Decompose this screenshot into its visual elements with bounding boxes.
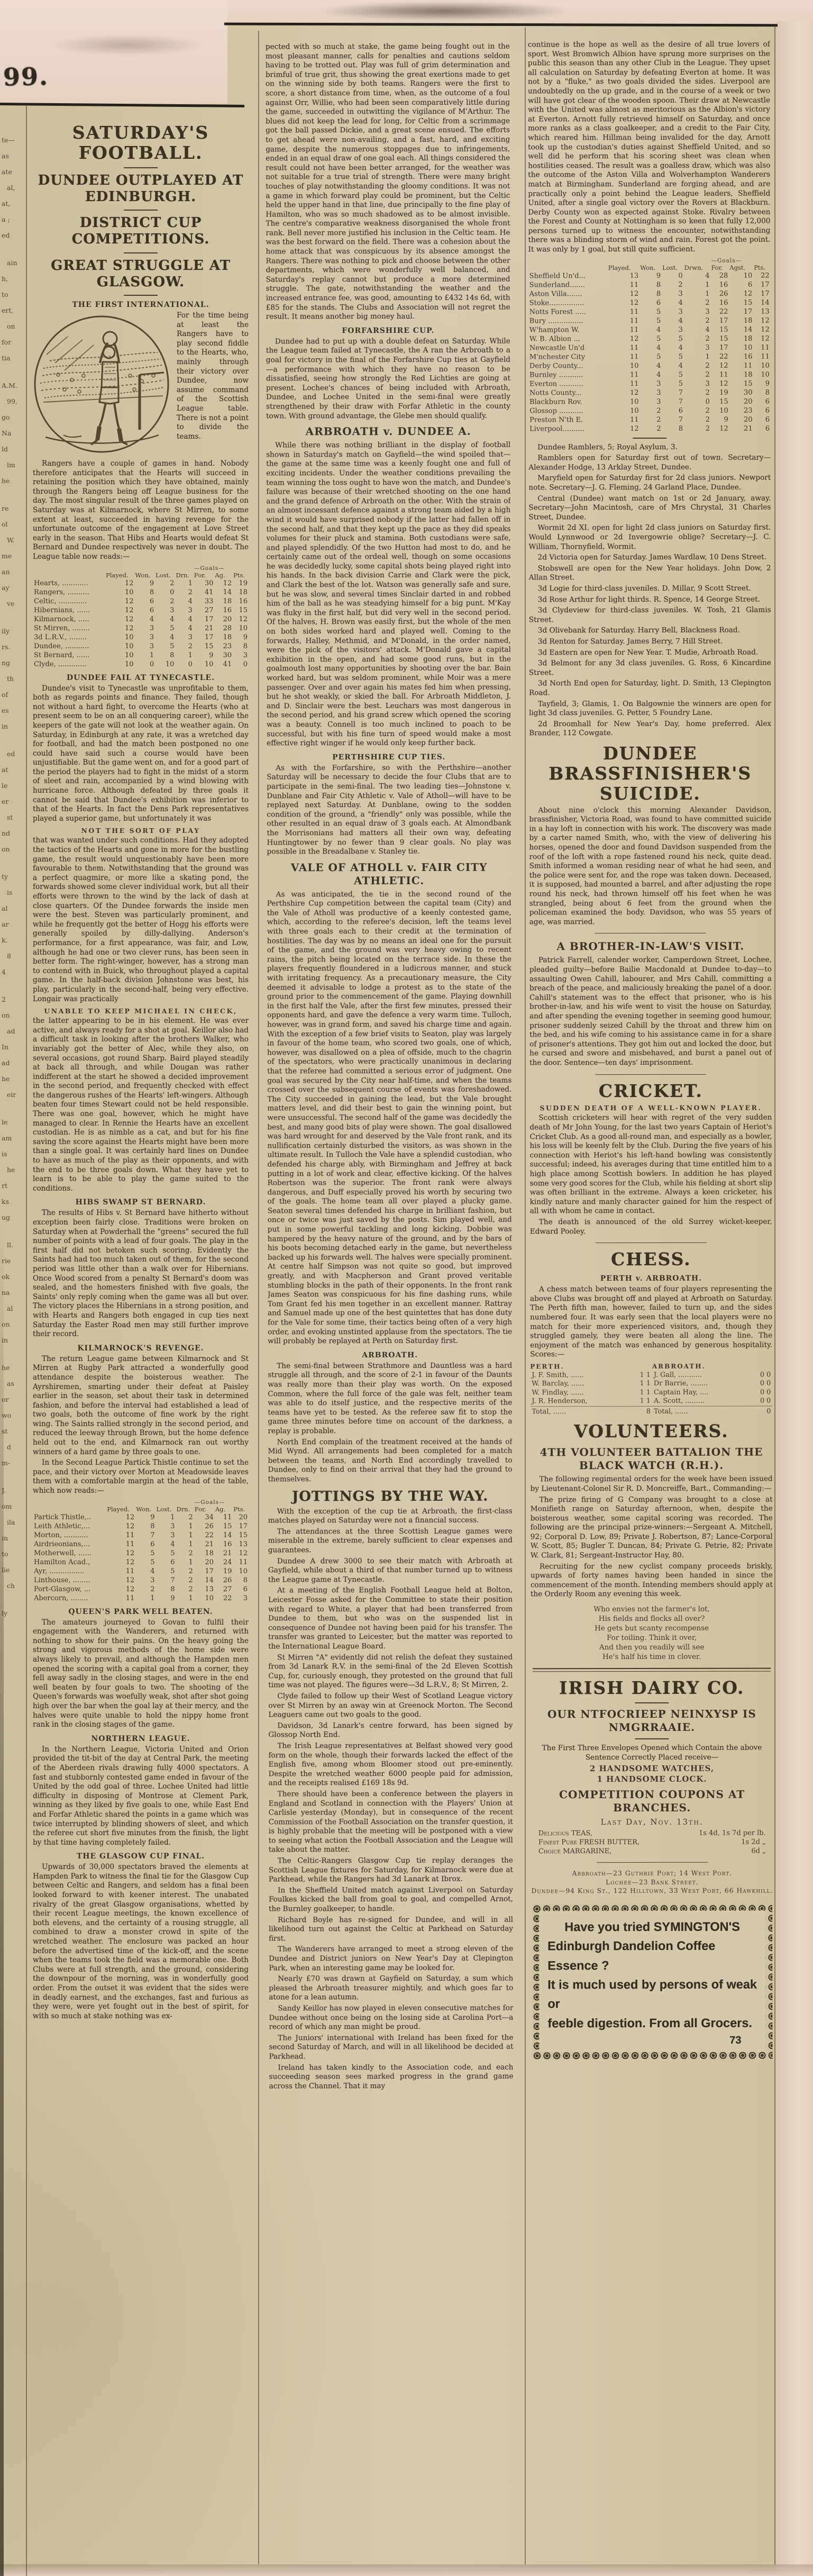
column-header <box>33 1505 106 1513</box>
table-row: Linthouse, ........1237214268 <box>33 1576 249 1585</box>
column-header: Played. <box>105 572 134 579</box>
section-headline: VOLUNTEERS. <box>530 1421 772 1442</box>
player-score: 1 1 <box>627 1371 652 1380</box>
column-fragment: W. <box>2 532 25 548</box>
verse-line: Who envies not the farmer's lot, <box>531 1604 773 1614</box>
paragraph: The attendances at the three Scottish Le… <box>268 1527 513 1555</box>
stat-value: 4 <box>134 615 155 624</box>
stat-value: 8 <box>662 424 684 433</box>
club-notices: Dundee Ramblers, 5; Royal Asylum, 3.Ramb… <box>528 442 771 738</box>
stat-value: 17 <box>753 289 770 298</box>
stat-value: 3 <box>135 1576 156 1585</box>
player-name: W. Barclay, ...... <box>530 1380 627 1389</box>
column-fragment: ay <box>2 580 25 596</box>
column-1: SATURDAY'S FOOTBALL.DUNDEE OUTPLAYED AT … <box>33 117 249 2564</box>
stat-value: 3 <box>233 1594 249 1603</box>
filler-verse: Who envies not the farmer's lot,His fiel… <box>531 1604 773 1662</box>
cut-off-column-fragments: te—asateal,at,a ;edainh,toert,onfortiaA.… <box>2 132 25 2545</box>
column-fragment: at, <box>2 196 25 212</box>
team-name: Clyde, ............. <box>33 660 105 669</box>
stat-value: 9 <box>711 415 729 424</box>
table-head: —Goals—Played.Won.Lost.Drn.For.Ag.Pts. <box>33 1499 249 1513</box>
stat-value: 1 <box>176 1540 194 1549</box>
column-fragment: al <box>2 901 25 917</box>
paragraph: At a meeting of the English Football Lea… <box>268 1586 513 1652</box>
stat-value: 2 <box>175 588 194 597</box>
player-score: 0 0 <box>747 1397 772 1406</box>
product-price: 1s 4d, 1s 7d per lb. <box>699 1829 766 1838</box>
column-fragment: ed <box>2 228 25 255</box>
stat-value: 14 <box>753 298 770 307</box>
column-rule <box>26 106 27 2576</box>
column-fragment: ve <box>2 596 25 623</box>
paragraph: Scottish cricketers will hear with regre… <box>529 1113 772 1216</box>
table-body: Partick Thistle,..12912341120Leith Athle… <box>33 1513 249 1603</box>
stat-value: 12 <box>105 615 134 624</box>
stat-value: 16 <box>233 597 249 606</box>
table-row: Hearts, ............12921301219 <box>33 579 249 588</box>
total-label: Total, ...... <box>530 1406 627 1416</box>
paragraph: Richard Boyle has re-signed for Dundee, … <box>269 1915 513 1944</box>
stat-value: 8 <box>233 1576 249 1585</box>
column-fragment: es <box>2 703 25 719</box>
column-fragment: rie <box>2 1253 25 1269</box>
column-fragment: st <box>2 810 25 826</box>
column-fragment: ly <box>2 1606 25 1621</box>
paragraph: that was wanted under such conditions. H… <box>33 836 249 1004</box>
column-fragment: ok <box>2 1269 25 1285</box>
headline-divider <box>124 295 158 296</box>
stat-value: 2 <box>155 597 175 606</box>
total-value: 8 <box>627 1406 652 1416</box>
column-fragment: am <box>2 1130 25 1146</box>
column-header: For. <box>194 1505 215 1513</box>
stat-value: 21 <box>194 624 214 633</box>
player-name: Dr Barrie, ........ <box>652 1380 747 1389</box>
sub-headline: DUNDEE OUTPLAYED AT EDINBURGH. <box>33 173 249 205</box>
column-fragment: re <box>2 501 25 516</box>
team-name: Hibernians, ...... <box>33 606 105 615</box>
stat-value: 3 <box>662 307 684 316</box>
table-row: Clyde, .............10010010410 <box>33 660 249 669</box>
stat-value: 15 <box>711 397 729 406</box>
article-heading: A BROTHER-IN-LAW'S VISIT. <box>539 940 762 954</box>
column-fragment: d <box>2 1439 25 1455</box>
stat-value: 30 <box>194 579 214 588</box>
stat-value: 6 <box>754 424 771 433</box>
stat-value: 17 <box>233 1522 249 1531</box>
paragraph: The Juniors' international with Ireland … <box>269 2033 513 2062</box>
column-fragment: na <box>2 1285 25 1301</box>
stat-value: 12 <box>214 579 233 588</box>
stat-value: 15 <box>729 379 754 388</box>
stat-value: 10 <box>608 406 640 415</box>
stat-value: 5 <box>662 370 684 379</box>
stat-value: 12 <box>711 379 729 388</box>
stat-value: 17 <box>711 316 729 325</box>
stat-value: 10 <box>608 397 640 406</box>
stat-value: 12 <box>233 1549 249 1558</box>
paragraph: Sandy Keillor has now played in eleven c… <box>269 2004 513 2033</box>
stat-value: 6 <box>754 397 771 406</box>
stat-value: 27 <box>194 606 214 615</box>
stat-value: 2 <box>175 642 194 651</box>
column-header: Agst. <box>729 264 753 271</box>
paragraph: the latter appearing to be in his elemen… <box>33 1017 249 1193</box>
stat-value: 10 <box>753 361 770 370</box>
table-goals-row: —Goals— <box>33 1499 249 1505</box>
table-row: Leith Athletic,...12831261517 <box>33 1522 249 1531</box>
player-score: 0 0 <box>747 1380 772 1389</box>
stat-value: 16 <box>729 352 754 361</box>
column-header: Drn. <box>176 1505 194 1513</box>
crosshead: HIBS SWAMP ST BERNARD. <box>33 1198 249 1207</box>
team-name: Sunderland....... <box>528 280 608 289</box>
column-fragment: In <box>2 1039 25 1055</box>
stat-value: 41 <box>214 660 233 669</box>
stat-value: 5 <box>156 1567 176 1576</box>
paragraph: The amateurs journeyed to Govan to fulfi… <box>33 1618 249 1730</box>
table-row: Derby County...10442121110 <box>528 361 771 370</box>
notice-item: Ramblers open for Saturday first out of … <box>528 453 771 473</box>
crosshead: ARBROATH. <box>268 1350 512 1359</box>
column-fragment: ert, <box>2 303 25 319</box>
paragraph: The Wanderers have arranged to meet a st… <box>269 1945 513 1973</box>
stat-value: 1 <box>176 1594 194 1603</box>
stat-value: 3 <box>134 624 155 633</box>
column-fragment: in <box>2 719 25 746</box>
table-row: Aston Villa.......12831261217 <box>528 289 771 298</box>
product-name: Delicious TEAS, <box>538 1829 592 1838</box>
team-name: Blackburn Rov. <box>528 397 608 406</box>
stat-value: 22 <box>194 1531 215 1540</box>
column-header: Ag. <box>214 572 233 579</box>
notice-item: 3d Rose Arthur for light thirds. R. Spen… <box>529 595 771 604</box>
team-name: Newcastle Un'd <box>528 343 608 352</box>
stat-value: 18 <box>729 316 753 325</box>
stat-value: 12 <box>608 334 640 343</box>
stat-value: 8 <box>640 289 662 298</box>
column-rule <box>774 25 775 2564</box>
column-fragment: rt <box>2 1178 25 1194</box>
column-fragment: an <box>2 564 25 580</box>
stat-value: 1 <box>684 352 711 361</box>
paragraph: Upwards of 30,000 spectators braved the … <box>33 1863 249 2021</box>
page-number: 99. <box>3 62 49 91</box>
column-header: Lost. <box>662 264 684 271</box>
column-header: Played. <box>608 264 640 271</box>
spacer <box>233 565 249 572</box>
crosshead: KILMARNOCK'S REVENGE. <box>33 1344 249 1353</box>
scan-margin-bottom <box>0 2564 813 2576</box>
stat-value: 4 <box>175 597 194 606</box>
table-body: Sheffield Un'd...13904281022Sunderland..… <box>528 271 771 433</box>
column-fragment: ar <box>2 917 25 932</box>
column-fragment: ld <box>2 441 25 457</box>
team-name: Rangers, .......... <box>33 588 105 597</box>
league-table: —Goals—Played.Won.Lost.Drn.For.Ag.Pts.He… <box>33 565 249 669</box>
stat-value: 18 <box>729 334 753 343</box>
team-name: Burnley ........... <box>528 370 608 379</box>
stat-value: 34 <box>194 1513 215 1522</box>
stat-value: 16 <box>214 606 233 615</box>
stat-value: 2 <box>684 388 711 397</box>
footballer-throw-in-engraving <box>33 312 172 456</box>
goals-spanner: —Goals— <box>194 565 233 572</box>
table-row: Morton, ...........11731221415 <box>33 1531 249 1540</box>
stat-value: 4 <box>175 624 194 633</box>
stat-value: 6 <box>754 406 771 415</box>
stat-value: 10 <box>194 1594 215 1603</box>
branch-address: Dundee—94 King St., 122 Hilltown, 33 Wes… <box>531 1886 773 1895</box>
team-name: Hamilton Acad., <box>33 1558 106 1567</box>
chess-total-row: Total, ......8Total, ......0 <box>530 1406 772 1417</box>
table-goals-row: —Goals— <box>528 257 771 264</box>
stat-value: 5 <box>156 1549 176 1558</box>
crosshead: DUNDEE FAIL AT TYNECASTLE. <box>33 674 249 682</box>
stat-value: 12 <box>106 1576 135 1585</box>
team-name: Kilmarnock, ..... <box>33 615 105 624</box>
paragraph: continue is the hope as well as the desi… <box>528 40 771 255</box>
run-in-crosshead: NOT THE SORT OF PLAY <box>33 827 249 835</box>
stat-value: 11 <box>215 1513 233 1522</box>
stat-value: 0 <box>233 660 249 669</box>
stat-value: 2 <box>684 298 711 307</box>
column-fragment: ate <box>2 164 25 180</box>
stat-value: 4 <box>662 343 684 352</box>
stat-value: 9 <box>135 1513 156 1522</box>
team-name: Glossop ........... <box>528 406 608 415</box>
stat-value: 12 <box>106 1549 135 1558</box>
table-row: Ayr, ................11452171910 <box>33 1567 249 1576</box>
paragraph: The return League game between Kilmarnoc… <box>33 1355 249 1457</box>
table-header-row: Played.Won.Lost.Drwn.For.Agst.Pts. <box>528 264 771 271</box>
headline-divider <box>124 252 158 253</box>
team-name: Abercorn, ........ <box>33 1594 106 1603</box>
sub-headline: JOTTINGS BY THE WAY. <box>268 1488 513 1505</box>
stat-value: 1 <box>175 651 194 660</box>
paragraph: Davidson, 3d Lanark's centre forward, ha… <box>268 1721 513 1740</box>
team-name: Notts County... <box>528 388 608 397</box>
stat-value: 10 <box>608 361 640 370</box>
stat-value: 10 <box>105 588 134 597</box>
stat-value: 17 <box>194 633 214 642</box>
product-name: Finest Pure FRESH BUTTER, <box>538 1838 640 1847</box>
table-row: Sunderland.......1182116617 <box>528 280 771 289</box>
column-fragment: wo <box>2 1408 25 1423</box>
paragraph: The death is announced of the old Surrey… <box>530 1218 772 1237</box>
stat-value: 6 <box>754 415 771 424</box>
stat-value: 12 <box>608 424 640 433</box>
stat-value: 4 <box>640 361 662 370</box>
table-row: Dundee, ...........1035215238 <box>33 642 249 651</box>
player-name: Captain Hay, .... <box>652 1389 747 1398</box>
paragraph: The results of Hibs v. St Bernard have h… <box>33 1209 249 1339</box>
stat-value: 3 <box>156 1531 176 1540</box>
stat-value: 7 <box>156 1576 176 1585</box>
column-fragment: of <box>2 687 25 703</box>
advert-text-line: feeble digestion. From all Grocers. <box>547 2013 757 2033</box>
section-divider <box>595 1074 706 1074</box>
column-header: Pts. <box>753 264 770 271</box>
column-fragment: a ; <box>2 212 25 228</box>
column-fragment: he <box>2 1162 25 1178</box>
paragraph: With the exception of the cup tie at Arb… <box>268 1507 513 1526</box>
stat-value: 22 <box>215 1594 233 1603</box>
stat-value: 20 <box>729 415 754 424</box>
player-name: J. F. Smith, ...... <box>530 1371 627 1380</box>
stat-value: 2 <box>155 579 175 588</box>
stat-value: 1 <box>176 1522 194 1531</box>
paragraph: North End complain of the treatment rece… <box>268 1437 512 1484</box>
stat-value: 12 <box>729 289 753 298</box>
player-score: 0 0 <box>747 1388 772 1397</box>
column-header: Ag. <box>215 1505 233 1513</box>
stat-value: 10 <box>729 343 754 352</box>
stat-value: 2 <box>684 370 711 379</box>
table-row: Preston N'th E.112729206 <box>528 415 771 424</box>
column-header: Drwn. <box>684 264 711 271</box>
stat-value: 10 <box>155 660 175 669</box>
stat-value: 11 <box>608 316 640 325</box>
stat-value: 2 <box>684 415 711 424</box>
stat-value: 12 <box>105 579 134 588</box>
column-fragment: ad <box>2 1055 25 1071</box>
stat-value: 12 <box>106 1558 135 1567</box>
stat-value: 28 <box>214 624 233 633</box>
paragraph: The following regimental orders for the … <box>531 1475 773 1494</box>
column-fragment: go <box>2 410 25 425</box>
column-fragment: to <box>2 287 25 303</box>
column-2: pected with so much at stake, the game b… <box>266 42 514 2565</box>
section-headline: SATURDAY'S FOOTBALL. <box>33 123 249 163</box>
column-fragment: ol <box>2 516 25 532</box>
table-body: Hearts, ............12921301219Rangers, … <box>33 579 249 669</box>
stat-value: 15 <box>711 325 729 334</box>
stat-value: 11 <box>233 1558 249 1567</box>
stat-value: 26 <box>711 289 729 298</box>
crosshead: THE FIRST INTERNATIONAL. <box>33 301 249 309</box>
stat-value: 11 <box>106 1594 135 1603</box>
stat-value: 5 <box>640 352 662 361</box>
sub-headline: GREAT STRUGGLE AT GLASGOW. <box>33 258 249 291</box>
column-fragment: te— <box>2 132 25 148</box>
notice-item: 2d Broomhall for New Year's Day, home pr… <box>529 719 771 738</box>
column-rule <box>525 28 526 2564</box>
scan-margin-right <box>777 21 813 2576</box>
stat-value: 19 <box>233 579 249 588</box>
stat-value: 6 <box>662 406 684 415</box>
stat-value: 7 <box>662 397 684 406</box>
stat-value: 7 <box>662 388 684 397</box>
notice-item: Stobswell are open for the New Year holi… <box>529 564 771 583</box>
newspaper-page: 99. te—asateal,at,a ;edainh,toert,onfort… <box>0 0 813 2576</box>
notice-item: 3d Belmont for any 3d class juveniles. G… <box>529 659 771 678</box>
table-row: Hamilton Acad.,12561202411 <box>33 1558 249 1567</box>
team-name: Aston Villa....... <box>528 289 608 298</box>
double-rule <box>533 1668 771 1672</box>
price-row: Choice MARGARINE,6d „ <box>531 1847 773 1856</box>
stat-value: 2 <box>684 334 711 343</box>
paragraph: As with the Forfarshire, so with the Per… <box>267 763 511 857</box>
stat-value: 9 <box>194 651 214 660</box>
stat-value: 14 <box>215 1531 233 1540</box>
table-row: 3d L.R.V., ........1034317189 <box>33 633 249 642</box>
column-fragment: ad <box>2 1023 25 1039</box>
team-name: Morton, ........... <box>33 1531 106 1540</box>
league-table: —Goals—Played.Won.Lost.Drwn.For.Agst.Pts… <box>528 257 771 433</box>
paragraph: Patrick Farrell, calender worker, Camper… <box>529 956 772 1068</box>
stat-value: 16 <box>711 298 729 307</box>
team-name: W'hampton W. <box>528 325 608 334</box>
stat-value: 11 <box>753 343 770 352</box>
stat-value: 18 <box>214 597 233 606</box>
goals-spanner: —Goals— <box>710 257 753 264</box>
chess-side-title: ARBROATH. <box>652 1361 772 1371</box>
verse-line: And then you readily will see <box>531 1643 773 1653</box>
stat-value: 14 <box>729 325 753 334</box>
table-row: Notts Forest .....11533221713 <box>528 307 771 316</box>
headline-divider <box>124 167 158 168</box>
ink-smudge <box>32 32 222 58</box>
total-label: Total, ...... <box>652 1406 747 1416</box>
table-row: Kilmarnock, .....12444172012 <box>33 615 249 624</box>
stat-value: 3 <box>684 343 711 352</box>
stat-value: 5 <box>640 334 662 343</box>
stat-value: 22 <box>753 271 770 280</box>
column-fragment: th <box>2 671 25 687</box>
stat-value: 2 <box>662 280 684 289</box>
table-row: Celtic, .............12624331816 <box>33 597 249 606</box>
stat-value: 11 <box>608 415 640 424</box>
column-fragment: ng <box>2 655 25 671</box>
stat-value: 27 <box>215 1585 233 1594</box>
column-fragment: ain <box>2 255 25 271</box>
stat-value: 10 <box>105 651 134 660</box>
stat-value: 5 <box>640 307 662 316</box>
stat-value: 22 <box>711 307 729 316</box>
column-fragment: on <box>2 841 25 869</box>
stat-value: 3 <box>640 379 662 388</box>
column-fragment: le <box>2 778 25 794</box>
paragraph: St Mirren "A" evidently did not relish t… <box>268 1653 513 1690</box>
crosshead: THE GLASGOW CUP FINAL. <box>33 1852 249 1861</box>
stat-value: 3 <box>156 1522 176 1531</box>
stat-value: 12 <box>608 388 640 397</box>
column-fragment: ks <box>2 1194 25 1210</box>
stat-value: 3 <box>640 388 662 397</box>
stat-value: 5 <box>135 1558 156 1567</box>
column-header <box>528 264 608 271</box>
column-fragment: eir <box>2 1087 25 1114</box>
team-name: 3d L.R.V., ........ <box>33 633 105 642</box>
stat-value: 3 <box>175 633 194 642</box>
section-divider <box>595 933 706 933</box>
team-name: W. B. Albion ... <box>528 334 608 343</box>
column-fragment: on <box>2 1317 25 1332</box>
column-fragment: ch <box>2 1578 25 1606</box>
table-row: Liverpool..........1228212216 <box>528 424 771 433</box>
stat-value: 10 <box>233 624 249 633</box>
column-fragment: he <box>2 1360 25 1376</box>
stat-value: 1 <box>134 651 155 660</box>
product-name: Choice MARGARINE, <box>538 1847 612 1856</box>
prize-line: 1 HANDSOME CLOCK. <box>531 1774 773 1784</box>
stat-value: 11 <box>608 280 640 289</box>
column-fragment: ed <box>2 746 25 762</box>
paragraph: Recruiting for the new cyclist company p… <box>531 1562 773 1599</box>
stat-value: 12 <box>753 325 770 334</box>
